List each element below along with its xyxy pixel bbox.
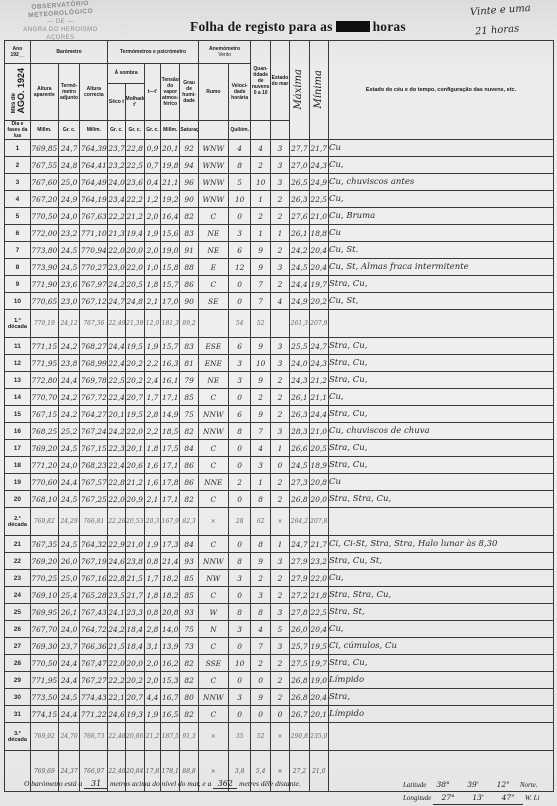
cell-seco: 22,5 [108, 372, 125, 389]
cell-corr: 767,57 [80, 474, 108, 491]
cell-molh: 19,3 [125, 706, 144, 723]
cell-rumo: WNW [198, 191, 228, 208]
cell-rumo: C [198, 440, 228, 457]
cell-seco: 24,6 [108, 553, 125, 570]
cell-tens: 18,2 [161, 570, 180, 587]
table-row: 5770,5024,0767,6322,221,22,016,482C02227… [5, 208, 554, 225]
cell-obs [328, 310, 553, 338]
cell-dif: 2,1 [144, 491, 160, 508]
cell-tens: 13,9 [161, 638, 180, 655]
cell-vel: 3 [228, 621, 251, 638]
cell-mar: 2 [270, 208, 289, 225]
cell-nuv: 7 [251, 276, 270, 293]
cell-obs: Stra, Cu, [328, 440, 553, 457]
cell-molh: 20,7 [125, 689, 144, 706]
cell-molh: 19,4 [125, 225, 144, 242]
cell-nuv: 2 [251, 570, 270, 587]
cell-alt: 770,50 [30, 655, 58, 672]
cell-min: 19,0 [309, 672, 328, 689]
cell-rumo: NE [198, 225, 228, 242]
cell-obs: Cu, [328, 621, 553, 638]
cell-nuv: 9 [251, 259, 270, 276]
handwritten-hour-words: Vinte e uma [470, 3, 531, 18]
cell-term: 24,2 [58, 406, 80, 423]
cell-tens: 17,1 [161, 389, 180, 406]
cell-vel: 8 [228, 157, 251, 174]
cell-vel: 6 [228, 338, 251, 355]
cell-alt: 771,20 [30, 457, 58, 474]
header-a-sombra: À sombra [108, 64, 145, 84]
cell-hum: 93 [180, 604, 198, 621]
cell-min: 207,9 [309, 310, 328, 338]
redaction-bar [336, 21, 370, 32]
cell-corr: 770,27 [80, 259, 108, 276]
latitude-sec: 12" [488, 779, 518, 792]
cell-nuv: 2 [251, 655, 270, 672]
cell-rumo: × [198, 723, 228, 751]
cell-dif: 0,4 [144, 174, 160, 191]
coordinates: Latitude 38°39'12" Norte. Longitude 27°1… [403, 779, 539, 805]
cell-term: 24,2 [58, 338, 80, 355]
cell-rumo: NNW [198, 553, 228, 570]
cell-mar: 2 [270, 406, 289, 423]
cell-mar: 3 [270, 338, 289, 355]
cell-nuv: 62 [251, 508, 270, 536]
cell-mar: × [270, 723, 289, 751]
cell-mar: 2 [270, 672, 289, 689]
cell-nuv: 7 [251, 638, 270, 655]
table-row: 12771,9523,8768,9922,420,22,216,381ENE31… [5, 355, 554, 372]
cell-mar: 1 [270, 536, 289, 553]
cell-max: 26,1 [290, 225, 309, 242]
cell-dif: 2,8 [144, 621, 160, 638]
header-maxima: Máxima [290, 41, 309, 140]
cell-molh: 22,8 [125, 140, 144, 157]
cell-rumo: E [198, 259, 228, 276]
cell-alt: 769,30 [30, 638, 58, 655]
cell-max: 26,3 [290, 191, 309, 208]
cell-mar: 4 [270, 293, 289, 310]
cell-corr: 764,41 [80, 157, 108, 174]
cell-seco: 23,0 [108, 259, 125, 276]
cell-obs [328, 508, 553, 536]
cell-alt: 767,15 [30, 406, 58, 423]
cell-molh: 20,86 [125, 723, 144, 751]
cell-obs: Cu, chuviscos de chuva [328, 423, 553, 440]
cell-corr: 764,19 [80, 191, 108, 208]
cell-term: 24,5 [58, 536, 80, 553]
cell-molh: 23,3 [125, 604, 144, 621]
cell-rumo: N [198, 621, 228, 638]
table-row: 6772,0023,2771,1021,319,41,915,683NE3112… [5, 225, 554, 242]
cell-term: 24,29 [58, 508, 80, 536]
cell-tens: 17,1 [161, 457, 180, 474]
cell-vel: 3 [228, 355, 251, 372]
cell-term: 24,5 [58, 259, 80, 276]
cell-max: 26,8 [290, 672, 309, 689]
latitude-label: Latitude [403, 781, 426, 789]
cell-tens: 21,1 [161, 174, 180, 191]
cell-obs: Límpido [328, 672, 553, 689]
cell-molh: 18,4 [125, 638, 144, 655]
cell-vel: 28 [228, 508, 251, 536]
cell-dif: 3,1 [144, 638, 160, 655]
cell-max: 28,3 [290, 423, 309, 440]
cell-alt: 771,90 [30, 276, 58, 293]
cell-vel: 3 [228, 372, 251, 389]
cell-rumo: C [198, 208, 228, 225]
cell-hum: 81 [180, 355, 198, 372]
cell-obs: Stra, Cu, [328, 372, 553, 389]
cell-vel: 6 [228, 242, 251, 259]
cell-max: 27,0 [290, 157, 309, 174]
cell-rumo: NNW [198, 406, 228, 423]
cell-max: 25,5 [290, 338, 309, 355]
cell-hum: 94 [180, 157, 198, 174]
cell-vel: 0 [228, 672, 251, 689]
cell-nuv: 9 [251, 372, 270, 389]
cell-molh: 20,0 [125, 242, 144, 259]
cell-min: 24,7 [309, 338, 328, 355]
cell-tens: 19,2 [161, 191, 180, 208]
table-row: 7773,8024,5770,9422,020,02,019,091NE6922… [5, 242, 554, 259]
cell-molh: 20,53 [125, 508, 144, 536]
cell-mar: 2 [270, 570, 289, 587]
cell-dif: 2,0 [144, 242, 160, 259]
cell-tens: 15,8 [161, 259, 180, 276]
cell-hum: 84 [180, 536, 198, 553]
cell-alt: 769,82 [30, 508, 58, 536]
cell-min: 21,0 [309, 423, 328, 440]
cell-hum: 86 [180, 276, 198, 293]
cell-tens: 17,1 [161, 491, 180, 508]
cell-mar: 3 [270, 259, 289, 276]
cell-term: 24,4 [58, 474, 80, 491]
cell-nuv: 52 [251, 310, 270, 338]
cell-nuv: 9 [251, 406, 270, 423]
longitude-line: Longitude 27°13'47" W. Li [403, 792, 539, 805]
cell-min: 21,0 [309, 208, 328, 225]
cell-max: 26,0 [290, 621, 309, 638]
cell-alt: 767,60 [30, 174, 58, 191]
cell-rumo: C [198, 276, 228, 293]
cell-corr: 771,10 [80, 225, 108, 242]
unit-10 [251, 121, 270, 140]
cell-alt: 767,35 [30, 536, 58, 553]
table-row: 18771,2024,0768,2322,420,61,617,186C0302… [5, 457, 554, 474]
cell-dif: 2,4 [144, 372, 160, 389]
cell-mar: 3 [270, 638, 289, 655]
cell-molh: 20,7 [125, 389, 144, 406]
cell-seco: 24,0 [108, 174, 125, 191]
cell-obs: Stra, Stra, Cu, [328, 491, 553, 508]
cell-rumo: WNW [198, 157, 228, 174]
cell-rumo: NW [198, 570, 228, 587]
cell-mar: 2 [270, 372, 289, 389]
barometer-text-3: metres dêle distante. [239, 779, 301, 788]
cell-min: 22,5 [309, 191, 328, 208]
cell-seco: 22,2 [108, 208, 125, 225]
cell-mar: 2 [270, 655, 289, 672]
cell-min: 24,9 [309, 174, 328, 191]
cell-max: 24,5 [290, 457, 309, 474]
cell-dif: 20,3 [144, 508, 160, 536]
cell-mar: 3 [270, 174, 289, 191]
cell-day: 14 [5, 389, 31, 406]
table-row: 16768,2525,2767,2424,222,02,218,582NNW87… [5, 423, 554, 440]
cell-obs: Stra, St, [328, 604, 553, 621]
cell-corr: 765,28 [80, 587, 108, 604]
cell-seco: 22,0 [108, 242, 125, 259]
cell-tens: 16,4 [161, 208, 180, 225]
cell-day: 26 [5, 621, 31, 638]
cell-seco: 22,8 [108, 570, 125, 587]
cell-obs: Ci, Ci-St, Stra, Stra, Halo lunar às 8,3… [328, 536, 553, 553]
longitude-deg: 27° [433, 792, 463, 805]
cell-dif: 1,7 [144, 389, 160, 406]
cell-hum: 89,2 [180, 310, 198, 338]
cell-nuv: 4 [251, 140, 270, 157]
maxima-label: Máxima [296, 69, 302, 109]
cell-dif: 1,6 [144, 457, 160, 474]
cell-rumo: C [198, 587, 228, 604]
cell-molh: 23,6 [125, 174, 144, 191]
cell-day: 13 [5, 372, 31, 389]
cell-alt: 768,25 [30, 423, 58, 440]
table-row: 10770,6523,0767,1224,724,82,117,090SE074… [5, 293, 554, 310]
cell-corr: 764,32 [80, 536, 108, 553]
cell-corr: 767,63 [80, 208, 108, 225]
unit-0: Millm. [30, 121, 58, 140]
cell-obs: Stra, Cu, [328, 406, 553, 423]
cell-nuv: 9 [251, 338, 270, 355]
longitude-min: 13' [463, 792, 493, 805]
cell-day: 29 [5, 672, 31, 689]
cell-hum: 79 [180, 372, 198, 389]
cell-day: 2 [5, 157, 31, 174]
cell-max: 26,6 [290, 440, 309, 457]
header-termometros: Termómetros e psicrómetro [108, 41, 198, 64]
cell-rumo: C [198, 389, 228, 406]
header-diferenca: t—t' [144, 64, 160, 121]
unit-2: Millm. [80, 121, 108, 140]
cell-vel: 8 [228, 553, 251, 570]
cell-vel: 0 [228, 491, 251, 508]
cell-vel: 2 [228, 474, 251, 491]
cell-seco: 23,2 [108, 157, 125, 174]
cell-max: 290,8 [290, 723, 309, 751]
cell-mar: 2 [270, 689, 289, 706]
cell-day: 20 [5, 491, 31, 508]
cell-obs: Cu, chuviscos antes [328, 174, 553, 191]
cell-max: 24,3 [290, 372, 309, 389]
mes-value: AGO. 1924 [18, 68, 24, 114]
cell-corr: 767,12 [80, 293, 108, 310]
table-row: 15767,1524,2764,2720,119,52,814,975NNW69… [5, 406, 554, 423]
latitude-deg: 38° [428, 779, 458, 792]
cell-alt: 767,20 [30, 191, 58, 208]
cell-day: 3 [5, 174, 31, 191]
cell-corr: 767,36 [80, 310, 108, 338]
cell-hum: 80 [180, 689, 198, 706]
cell-hum: 96 [180, 174, 198, 191]
cell-dif: 1,8 [144, 440, 160, 457]
cell-day: 4 [5, 191, 31, 208]
cell-seco: 24,2 [108, 276, 125, 293]
cell-obs: Cu, St. [328, 242, 553, 259]
cell-seco: 20,1 [108, 406, 125, 423]
cell-vel: 0 [228, 208, 251, 225]
cell-rumo: C [198, 457, 228, 474]
cell-max: 26,8 [290, 491, 309, 508]
cell-term: 25,0 [58, 570, 80, 587]
cell-tens: 17,8 [161, 474, 180, 491]
cell-mar: 2 [270, 191, 289, 208]
cell-term: 25,2 [58, 423, 80, 440]
cell-rumo [198, 310, 228, 338]
cell-max: 27,5 [290, 655, 309, 672]
cell-term: 24,5 [58, 689, 80, 706]
cell-rumo: SSE [198, 655, 228, 672]
cell-max: 26,7 [290, 706, 309, 723]
cell-day: 9 [5, 276, 31, 293]
cell-tens: 21,4 [161, 553, 180, 570]
cell-rumo: WNW [198, 140, 228, 157]
cell-tens: 17,3 [161, 536, 180, 553]
header-humidade: Grau de humi-dade [180, 64, 198, 121]
cell-tens: 17,0 [161, 293, 180, 310]
cell-max: 26,3 [290, 406, 309, 423]
cell-tens: 19,0 [161, 242, 180, 259]
cell-day: 23 [5, 570, 31, 587]
cell-alt: 767,55 [30, 157, 58, 174]
barometer-text-1: O barómetro está a [24, 779, 82, 788]
cell-alt: 770,25 [30, 570, 58, 587]
cell-day: 7 [5, 242, 31, 259]
cell-vel: 0 [228, 706, 251, 723]
cell-vel: 3 [228, 225, 251, 242]
header-anemometro: AnemómetroVento [198, 41, 251, 64]
decade-summary-row: 2.ª década769,8224,29766,8122,2620,5320,… [5, 508, 554, 536]
cell-nuv: 9 [251, 553, 270, 570]
latitude-dir: Norte. [520, 781, 538, 789]
cell-seco: 22,26 [108, 508, 125, 536]
cell-tens: 167,9 [161, 508, 180, 536]
cell-dif: 1,0 [144, 259, 160, 276]
cell-mar: 1 [270, 440, 289, 457]
cell-term: 24,7 [58, 140, 80, 157]
cell-term: 24,9 [58, 191, 80, 208]
cell-tens: 15,7 [161, 276, 180, 293]
cell-vel: 4 [228, 140, 251, 157]
cell-min: 21,7 [309, 536, 328, 553]
cell-obs: Stra, Cu, [328, 457, 553, 474]
cell-day: 16 [5, 423, 31, 440]
cell-hum: 83 [180, 225, 198, 242]
header-termometro-adjunto: Termó-metro adjunto [58, 64, 80, 121]
cell-tens: 18,2 [161, 587, 180, 604]
cell-dif: 1,2 [144, 191, 160, 208]
table-row: 21767,3524,5764,3222,921,01,917,384C0812… [5, 536, 554, 553]
cell-dif: 1,7 [144, 570, 160, 587]
cell-alt: 771,95 [30, 355, 58, 372]
cell-dif: 21,2 [144, 723, 160, 751]
cell-nuv: 4 [251, 440, 270, 457]
title-prefix: Folha de registo para as [190, 19, 333, 34]
cell-vel: 12 [228, 259, 251, 276]
cell-max: 27,9 [290, 553, 309, 570]
cell-tens: 19,8 [161, 157, 180, 174]
table-row: 26767,7024,0764,7224,218,42,814,075N3452… [5, 621, 554, 638]
cell-molh: 21,39 [125, 310, 144, 338]
cell-tens: 14,0 [161, 621, 180, 638]
cell-dif: 0,8 [144, 604, 160, 621]
cell-dif: 1,9 [144, 338, 160, 355]
cell-obs: Cu [328, 225, 553, 242]
cell-obs: Stra, Cu, [328, 355, 553, 372]
cell-min: 19,7 [309, 276, 328, 293]
cell-obs: Cu, [328, 389, 553, 406]
cell-term: 24,4 [58, 672, 80, 689]
cell-term: 24,70 [58, 723, 80, 751]
cell-mar: 5 [270, 621, 289, 638]
cell-min: 20,0 [309, 491, 328, 508]
cell-alt: 769,10 [30, 587, 58, 604]
header-nuvens: Quan-tidade de nuvens 0 a 10 [251, 41, 270, 121]
cell-max: 24,9 [290, 293, 309, 310]
cell-max: 24,0 [290, 355, 309, 372]
cell-corr: 764,39 [80, 140, 108, 157]
cell-alt: 768,10 [30, 491, 58, 508]
cell-dif: 4,4 [144, 689, 160, 706]
cell-rumo: ENE [198, 355, 228, 372]
cell-min: 20,1 [309, 706, 328, 723]
cell-molh: 21,2 [125, 208, 144, 225]
cell-dif: 1,8 [144, 276, 160, 293]
cell-mar: 2 [270, 474, 289, 491]
longitude-label: Longitude [403, 794, 431, 802]
cell-alt: 773,80 [30, 242, 58, 259]
cell-term: 23,8 [58, 355, 80, 372]
cell-mar: 1 [270, 225, 289, 242]
table-row: 25769,9526,1767,4324,123,30,820,893W8832… [5, 604, 554, 621]
cell-max: 26,5 [290, 174, 309, 191]
cell-vel: 10 [228, 191, 251, 208]
cell-day: 12 [5, 355, 31, 372]
cell-obs: Cu, [328, 191, 553, 208]
cell-vel: 0 [228, 389, 251, 406]
cell-hum: 82 [180, 208, 198, 225]
cell-hum: 91,3 [180, 723, 198, 751]
cell-alt: 770,70 [30, 389, 58, 406]
cell-corr: 767,47 [80, 655, 108, 672]
cell-min: 21,2 [309, 372, 328, 389]
cell-min: 22,0 [309, 570, 328, 587]
header-altura-correcta: Altura correcta [80, 64, 108, 121]
cell-min: 18,9 [309, 457, 328, 474]
cell-obs: Cu, Bruma [328, 208, 553, 225]
table-row: 2767,5524,8764,4123,222,50,719,894WNW823… [5, 157, 554, 174]
cell-term: 24,0 [58, 208, 80, 225]
cell-alt: 770,65 [30, 293, 58, 310]
header-estado-ceu: Estado do céu e do tempo, configuração d… [328, 41, 553, 140]
header-dia: Dia e fases da lua [5, 121, 31, 140]
cell-day: 2.ª década [5, 508, 31, 536]
cell-hum: 82 [180, 672, 198, 689]
cell-vel: 10 [228, 655, 251, 672]
longitude-dir: W. Li [525, 794, 540, 802]
cell-max: 264,2 [290, 508, 309, 536]
